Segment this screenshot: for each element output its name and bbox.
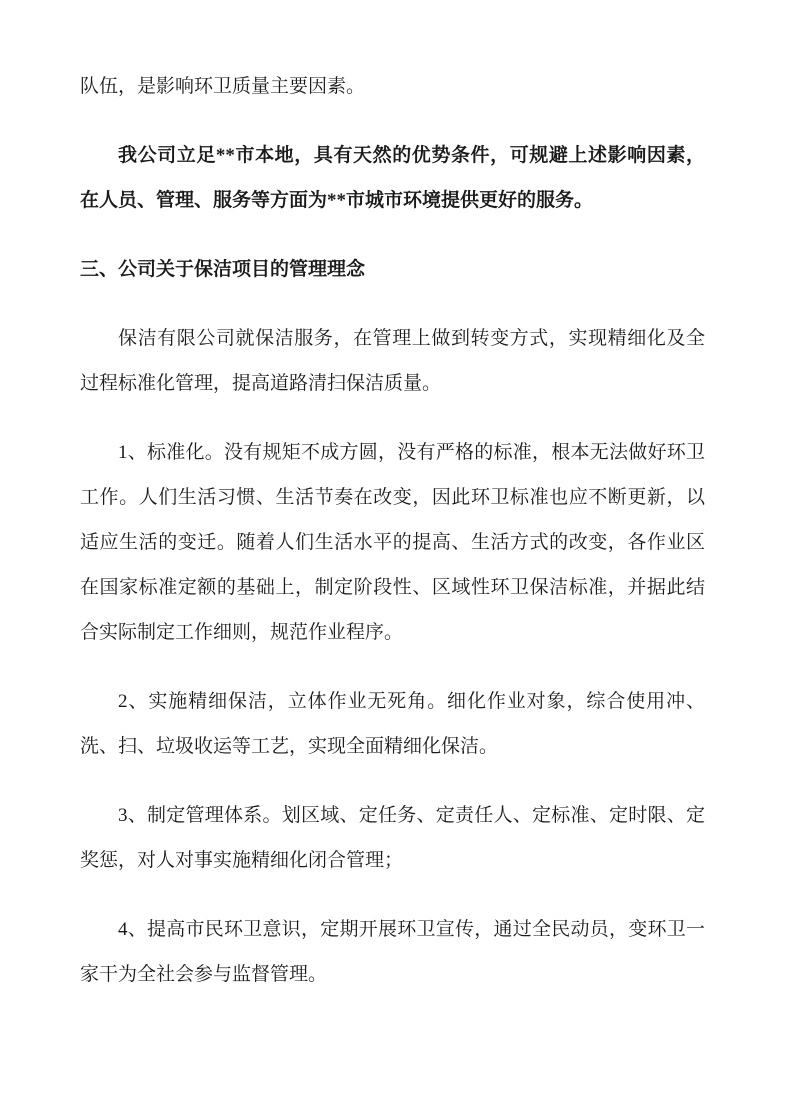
- text-line: 适应生活的变迁。随着人们生活水平的提高、生活方式的改变，各作业区: [80, 520, 705, 565]
- paragraph-item-2: 2、实施精细保洁，立体作业无死角。细化作业对象，综合使用冲、刷、 洗、扫、垃圾收…: [80, 679, 705, 769]
- text-line: 工作。人们生活习惯、生活节奏在改变，因此环卫标准也应不断更新，以: [80, 475, 705, 520]
- text-line: 3、制定管理体系。划区域、定任务、定责任人、定标准、定时限、定: [80, 793, 705, 838]
- paragraph-item-1: 1、标准化。没有规矩不成方圆，没有严格的标准，根本无法做好环卫 工作。人们生活习…: [80, 430, 705, 655]
- text-line: 4、提高市民环卫意识，定期开展环卫宣传，通过全民动员，变环卫一: [80, 907, 705, 952]
- text-line: 队伍，是影响环卫质量主要因素。: [80, 64, 705, 109]
- text-line: 洗、扫、垃圾收运等工艺，实现全面精细化保洁。: [80, 724, 705, 769]
- paragraph-item-3: 3、制定管理体系。划区域、定任务、定责任人、定标准、定时限、定 奖惩，对人对事实…: [80, 793, 705, 883]
- text-line: 我公司立足**市本地，具有天然的优势条件，可规避上述影响因素，: [80, 133, 705, 178]
- text-line: 家干为全社会参与监督管理。: [80, 952, 705, 997]
- text-line: 在国家标准定额的基础上，制定阶段性、区域性环卫保洁标准，并据此结: [80, 565, 705, 610]
- paragraph-intro: 保洁有限公司就保洁服务，在管理上做到转变方式，实现精细化及全 过程标准化管理，提…: [80, 316, 705, 406]
- document-page: 队伍，是影响环卫质量主要因素。 我公司立足**市本地，具有天然的优势条件，可规避…: [0, 0, 789, 1118]
- text-line: 奖惩，对人对事实施精细化闭合管理；: [80, 838, 705, 883]
- text-line: 过程标准化管理，提高道路清扫保洁质量。: [80, 361, 705, 406]
- paragraph-item-4: 4、提高市民环卫意识，定期开展环卫宣传，通过全民动员，变环卫一 家干为全社会参与…: [80, 907, 705, 997]
- text-line: 在人员、管理、服务等方面为**市城市环境提供更好的服务。: [80, 178, 705, 223]
- paragraph-emphasis: 我公司立足**市本地，具有天然的优势条件，可规避上述影响因素， 在人员、管理、服…: [80, 133, 705, 223]
- text-line: 合实际制定工作细则，规范作业程序。: [80, 610, 705, 655]
- text-line: 1、标准化。没有规矩不成方圆，没有严格的标准，根本无法做好环卫: [80, 430, 705, 475]
- text-line: 保洁有限公司就保洁服务，在管理上做到转变方式，实现精细化及全: [80, 316, 705, 361]
- text-line: 2、实施精细保洁，立体作业无死角。细化作业对象，综合使用冲、刷、: [80, 679, 705, 724]
- paragraph-continuation: 队伍，是影响环卫质量主要因素。: [80, 64, 705, 109]
- heading-text: 三、公司关于保洁项目的管理理念: [80, 247, 705, 292]
- section-heading: 三、公司关于保洁项目的管理理念: [80, 247, 705, 292]
